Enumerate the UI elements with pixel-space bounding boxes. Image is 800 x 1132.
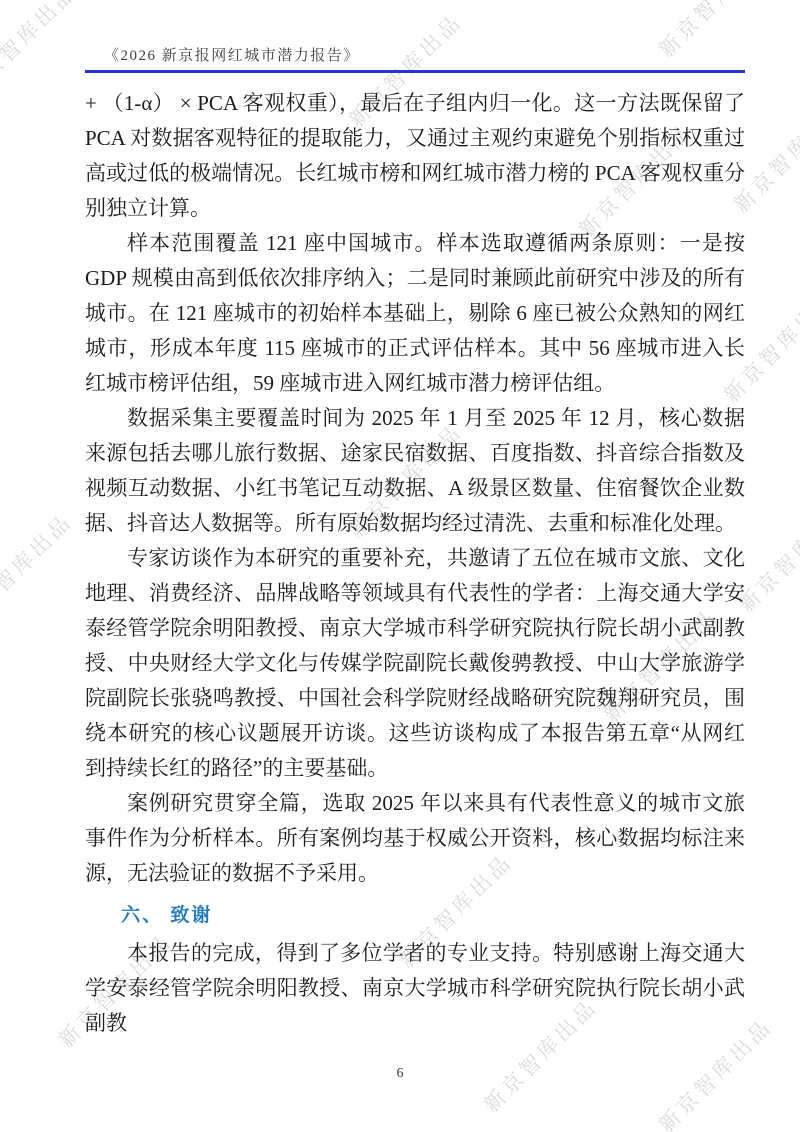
page-number: 6 [0, 1066, 800, 1082]
watermark-text: 新京智库出品 [0, 0, 84, 104]
paragraph: 专家访谈作为本研究的重要补充，共邀请了五位在城市文旅、文化地理、消费经济、品牌战… [85, 541, 745, 786]
paragraph: 样本范围覆盖 121 座中国城市。样本选取遵循两条原则：一是按 GDP 规模由高… [85, 226, 745, 401]
document-body: + （1-α） × PCA 客观权重），最后在子组内归一化。这一方法既保留了 P… [85, 86, 745, 1041]
paragraph: + （1-α） × PCA 客观权重），最后在子组内归一化。这一方法既保留了 P… [85, 86, 745, 226]
header-divider-rule [85, 70, 745, 73]
watermark-text: 新京智库出品 [651, 0, 778, 64]
section-heading: 六、 致谢 [85, 903, 745, 929]
page-header-title: 《2026 新京报网红城市潜力报告》 [104, 44, 360, 65]
watermark-text: 新京智库出品 [0, 506, 79, 633]
report-page: 新京智库出品新京智库出品新京智库出品新京智库出品新京智库出品新京智库出品新京智库… [0, 0, 800, 1132]
paragraph: 数据采集主要覆盖时间为 2025 年 1 月至 2025 年 12 月，核心数据… [85, 401, 745, 541]
paragraph: 案例研究贯穿全篇，选取 2025 年以来具有代表性意义的城市文旅事件作为分析样本… [85, 786, 745, 891]
paragraph: 本报告的完成，得到了多位学者的专业支持。特别感谢上海交通大学安泰经管学院余明阳教… [85, 936, 745, 1041]
